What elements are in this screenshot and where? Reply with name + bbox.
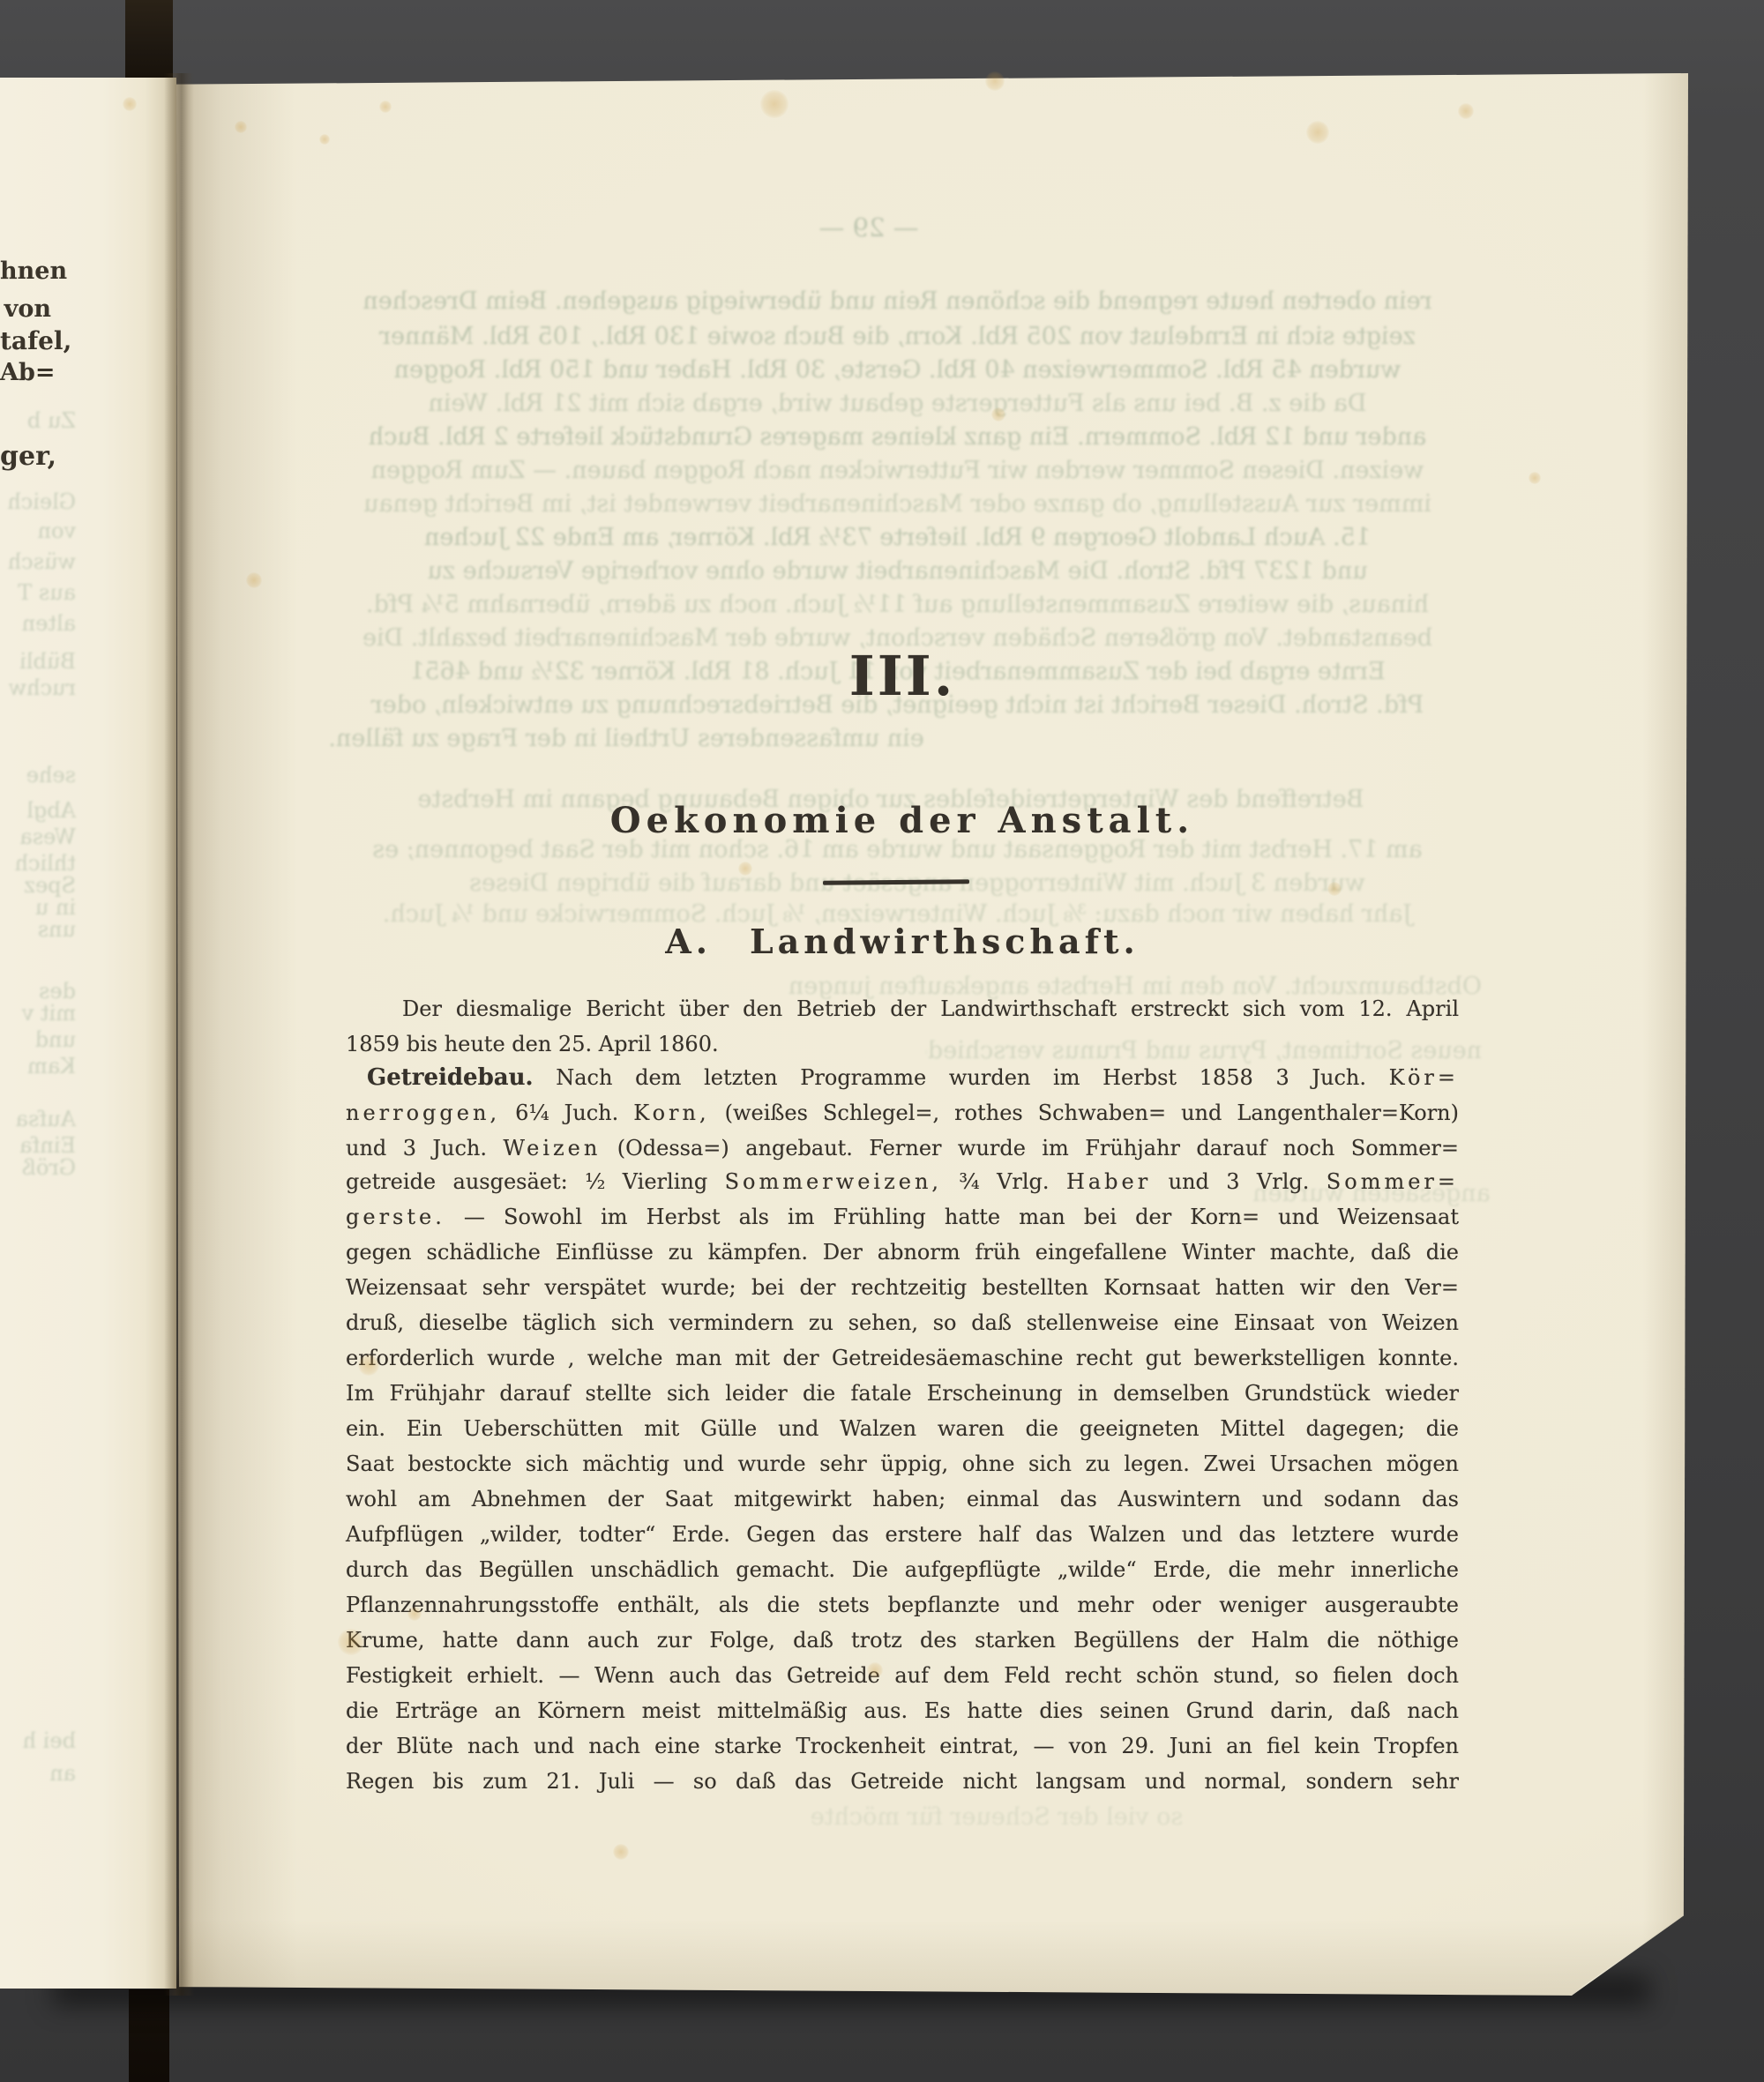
- facing-page-fragment: tafel,: [0, 326, 51, 355]
- showthrough-fragment: Größ: [5, 1155, 76, 1180]
- text-segment: Korn,: [633, 1101, 709, 1125]
- body-line: Saat bestockte sich mächtig und wurde se…: [346, 1448, 1459, 1480]
- text-segment: gerste.: [346, 1205, 445, 1229]
- text-segment: Nach dem letzten Programme wurden im Her…: [534, 1065, 1389, 1090]
- text-segment: gegen schädliche Einflüsse zu kämpfen. D…: [346, 1240, 1459, 1265]
- facing-page-fragment: hnen: [0, 257, 51, 285]
- text-segment: Weizen: [503, 1136, 601, 1160]
- text-segment: druß, dieselbe täglich sich vermindern z…: [346, 1310, 1459, 1335]
- body-line: Getreidebau. Nach dem letzten Programme …: [346, 1062, 1459, 1093]
- text-segment: Sommerweizen,: [725, 1169, 942, 1194]
- facing-page-fragment: von: [0, 295, 51, 323]
- section-heading: A. Landwirthschaft.: [346, 922, 1459, 962]
- showthrough-fragment: thlich: [5, 851, 76, 876]
- showthrough-fragment: und: [5, 1027, 76, 1052]
- text-segment: Im Frühjahr darauf stellte sich leider d…: [346, 1381, 1459, 1406]
- body-line: und 3 Juch. Weizen (Odessa=) angebaut. F…: [346, 1132, 1459, 1164]
- body-line: getreide ausgesäet: ½ Vierling Sommerwei…: [346, 1166, 1459, 1198]
- text-segment: ¾ Vrlg.: [942, 1169, 1066, 1194]
- text-segment: durch das Begüllen unschädlich gemacht. …: [346, 1557, 1459, 1582]
- text-segment: nerroggen,: [346, 1101, 500, 1125]
- text-segment: 6¼ Juch.: [500, 1101, 633, 1125]
- text-segment: Haber: [1066, 1169, 1151, 1194]
- showthrough-fragment: Aufsa: [5, 1107, 76, 1131]
- text-segment: — Sowohl im Herbst als im Frühling hatte…: [445, 1205, 1459, 1229]
- text-segment: Getreidebau.: [367, 1064, 534, 1091]
- book-page: — 29 —rein oberten heute regnend die sch…: [176, 73, 1688, 1996]
- body-line: 1859 bis heute den 25. April 1860.: [346, 1028, 1459, 1060]
- printed-content: III. Oekonomie der Anstalt. A. Landwirth…: [176, 73, 1688, 1996]
- showthrough-fragment: Zu b: [5, 408, 76, 433]
- scanned-book-page: Zu bGleichvonwüschaus TaltenBübliruchwse…: [0, 0, 1764, 2082]
- body-line: Aufpflügen „wilder, todter“ Erde. Gegen …: [346, 1519, 1459, 1550]
- facing-page-edge: Zu bGleichvonwüschaus TaltenBübliruchwse…: [0, 78, 176, 1989]
- body-line: durch das Begüllen unschädlich gemacht. …: [346, 1554, 1459, 1586]
- body-line: Krume, hatte dann auch zur Folge, daß tr…: [346, 1624, 1459, 1656]
- showthrough-fragment: Gleich: [5, 489, 76, 514]
- text-segment: Krume, hatte dann auch zur Folge, daß tr…: [346, 1628, 1459, 1653]
- text-segment: Saat bestockte sich mächtig und wurde se…: [346, 1451, 1459, 1476]
- showthrough-fragment: wüsch: [5, 549, 76, 574]
- showthrough-fragment: an: [5, 1761, 76, 1786]
- text-segment: getreide ausgesäet: ½ Vierling: [346, 1169, 725, 1194]
- text-segment: ein. Ein Ueberschütten mit Gülle und Wal…: [346, 1416, 1459, 1441]
- showthrough-fragment: sehe: [5, 763, 76, 787]
- body-line: wohl am Abnehmen der Saat mitgewirkt hab…: [346, 1483, 1459, 1515]
- facing-page-fragment: Ab=: [0, 359, 51, 386]
- body-line: Im Frühjahr darauf stellte sich leider d…: [346, 1377, 1459, 1409]
- text-segment: Aufpflügen „wilder, todter“ Erde. Gegen …: [346, 1522, 1459, 1547]
- text-segment: Der diesmalige Bericht über den Betrieb …: [402, 996, 1459, 1021]
- heading-rule: [823, 879, 969, 884]
- showthrough-fragment: alten: [5, 611, 76, 636]
- text-segment: Weizensaat sehr verspätet wurde; bei der…: [346, 1275, 1459, 1300]
- text-segment: 1859 bis heute den 25. April 1860.: [346, 1032, 719, 1056]
- showthrough-fragment: ruchw: [5, 675, 76, 700]
- body-line: Weizensaat sehr verspätet wurde; bei der…: [346, 1272, 1459, 1303]
- body-line: der Blüte nach und nach eine starke Troc…: [346, 1730, 1459, 1762]
- showthrough-fragment: Abgl: [5, 798, 76, 823]
- body-line: Der diesmalige Bericht über den Betrieb …: [346, 993, 1459, 1025]
- showthrough-fragment: in u: [5, 895, 76, 920]
- showthrough-fragment: uns: [5, 917, 76, 942]
- showthrough-fragment: aus T: [5, 580, 76, 605]
- body-line: Festigkeit erhielt. — Wenn auch das Getr…: [346, 1660, 1459, 1691]
- showthrough-fragment: Wesa: [5, 825, 76, 849]
- body-line: Regen bis zum 21. Juli — so daß das Getr…: [346, 1765, 1459, 1797]
- text-segment: Regen bis zum 21. Juli — so daß das Getr…: [346, 1769, 1459, 1794]
- body-line: erforderlich wurde , welche man mit der …: [346, 1342, 1459, 1374]
- showthrough-fragment: bei h: [5, 1728, 76, 1753]
- text-segment: die Erträge an Körnern meist mittelmäßig…: [346, 1698, 1459, 1723]
- body-line: nerroggen, 6¼ Juch. Korn, (weißes Schleg…: [346, 1097, 1459, 1129]
- body-line: die Erträge an Körnern meist mittelmäßig…: [346, 1695, 1459, 1727]
- body-line: Pflanzennahrungsstoffe enthält, als die …: [346, 1589, 1459, 1621]
- chapter-title: Oekonomie der Anstalt.: [346, 800, 1459, 842]
- showthrough-fragment: Bübli: [5, 649, 76, 674]
- text-segment: und 3 Vrlg.: [1151, 1169, 1327, 1194]
- text-segment: erforderlich wurde , welche man mit der …: [346, 1346, 1459, 1370]
- body-line: druß, dieselbe täglich sich vermindern z…: [346, 1307, 1459, 1339]
- showthrough-fragment: Kam: [5, 1054, 76, 1078]
- text-segment: Festigkeit erhielt. — Wenn auch das Getr…: [346, 1663, 1459, 1688]
- text-segment: Pflanzennahrungsstoffe enthält, als die …: [346, 1593, 1459, 1617]
- text-segment: Sommer=: [1327, 1169, 1459, 1194]
- showthrough-fragment: von: [5, 519, 76, 543]
- text-segment: (Odessa=) angebaut. Ferner wurde im Früh…: [601, 1136, 1459, 1160]
- body-line: gegen schädliche Einflüsse zu kämpfen. D…: [346, 1236, 1459, 1268]
- text-segment: Kör=: [1389, 1065, 1459, 1090]
- text-segment: (weißes Schlegel=, rothes Schwaben= und …: [710, 1101, 1459, 1125]
- book-strap-top: [125, 0, 173, 86]
- chapter-number: III.: [346, 646, 1459, 706]
- showthrough-fragment: mit v: [5, 1001, 76, 1026]
- body-line: gerste. — Sowohl im Herbst als im Frühli…: [346, 1201, 1459, 1233]
- showthrough-fragment: Spez: [5, 873, 76, 898]
- text-segment: und 3 Juch.: [346, 1136, 503, 1160]
- text-segment: der Blüte nach und nach eine starke Troc…: [346, 1734, 1459, 1758]
- facing-page-fragment: ger,: [0, 441, 51, 472]
- text-segment: wohl am Abnehmen der Saat mitgewirkt hab…: [346, 1487, 1459, 1511]
- showthrough-fragment: Einfa: [5, 1133, 76, 1158]
- body-line: ein. Ein Ueberschütten mit Gülle und Wal…: [346, 1413, 1459, 1444]
- showthrough-fragment: des: [5, 979, 76, 1004]
